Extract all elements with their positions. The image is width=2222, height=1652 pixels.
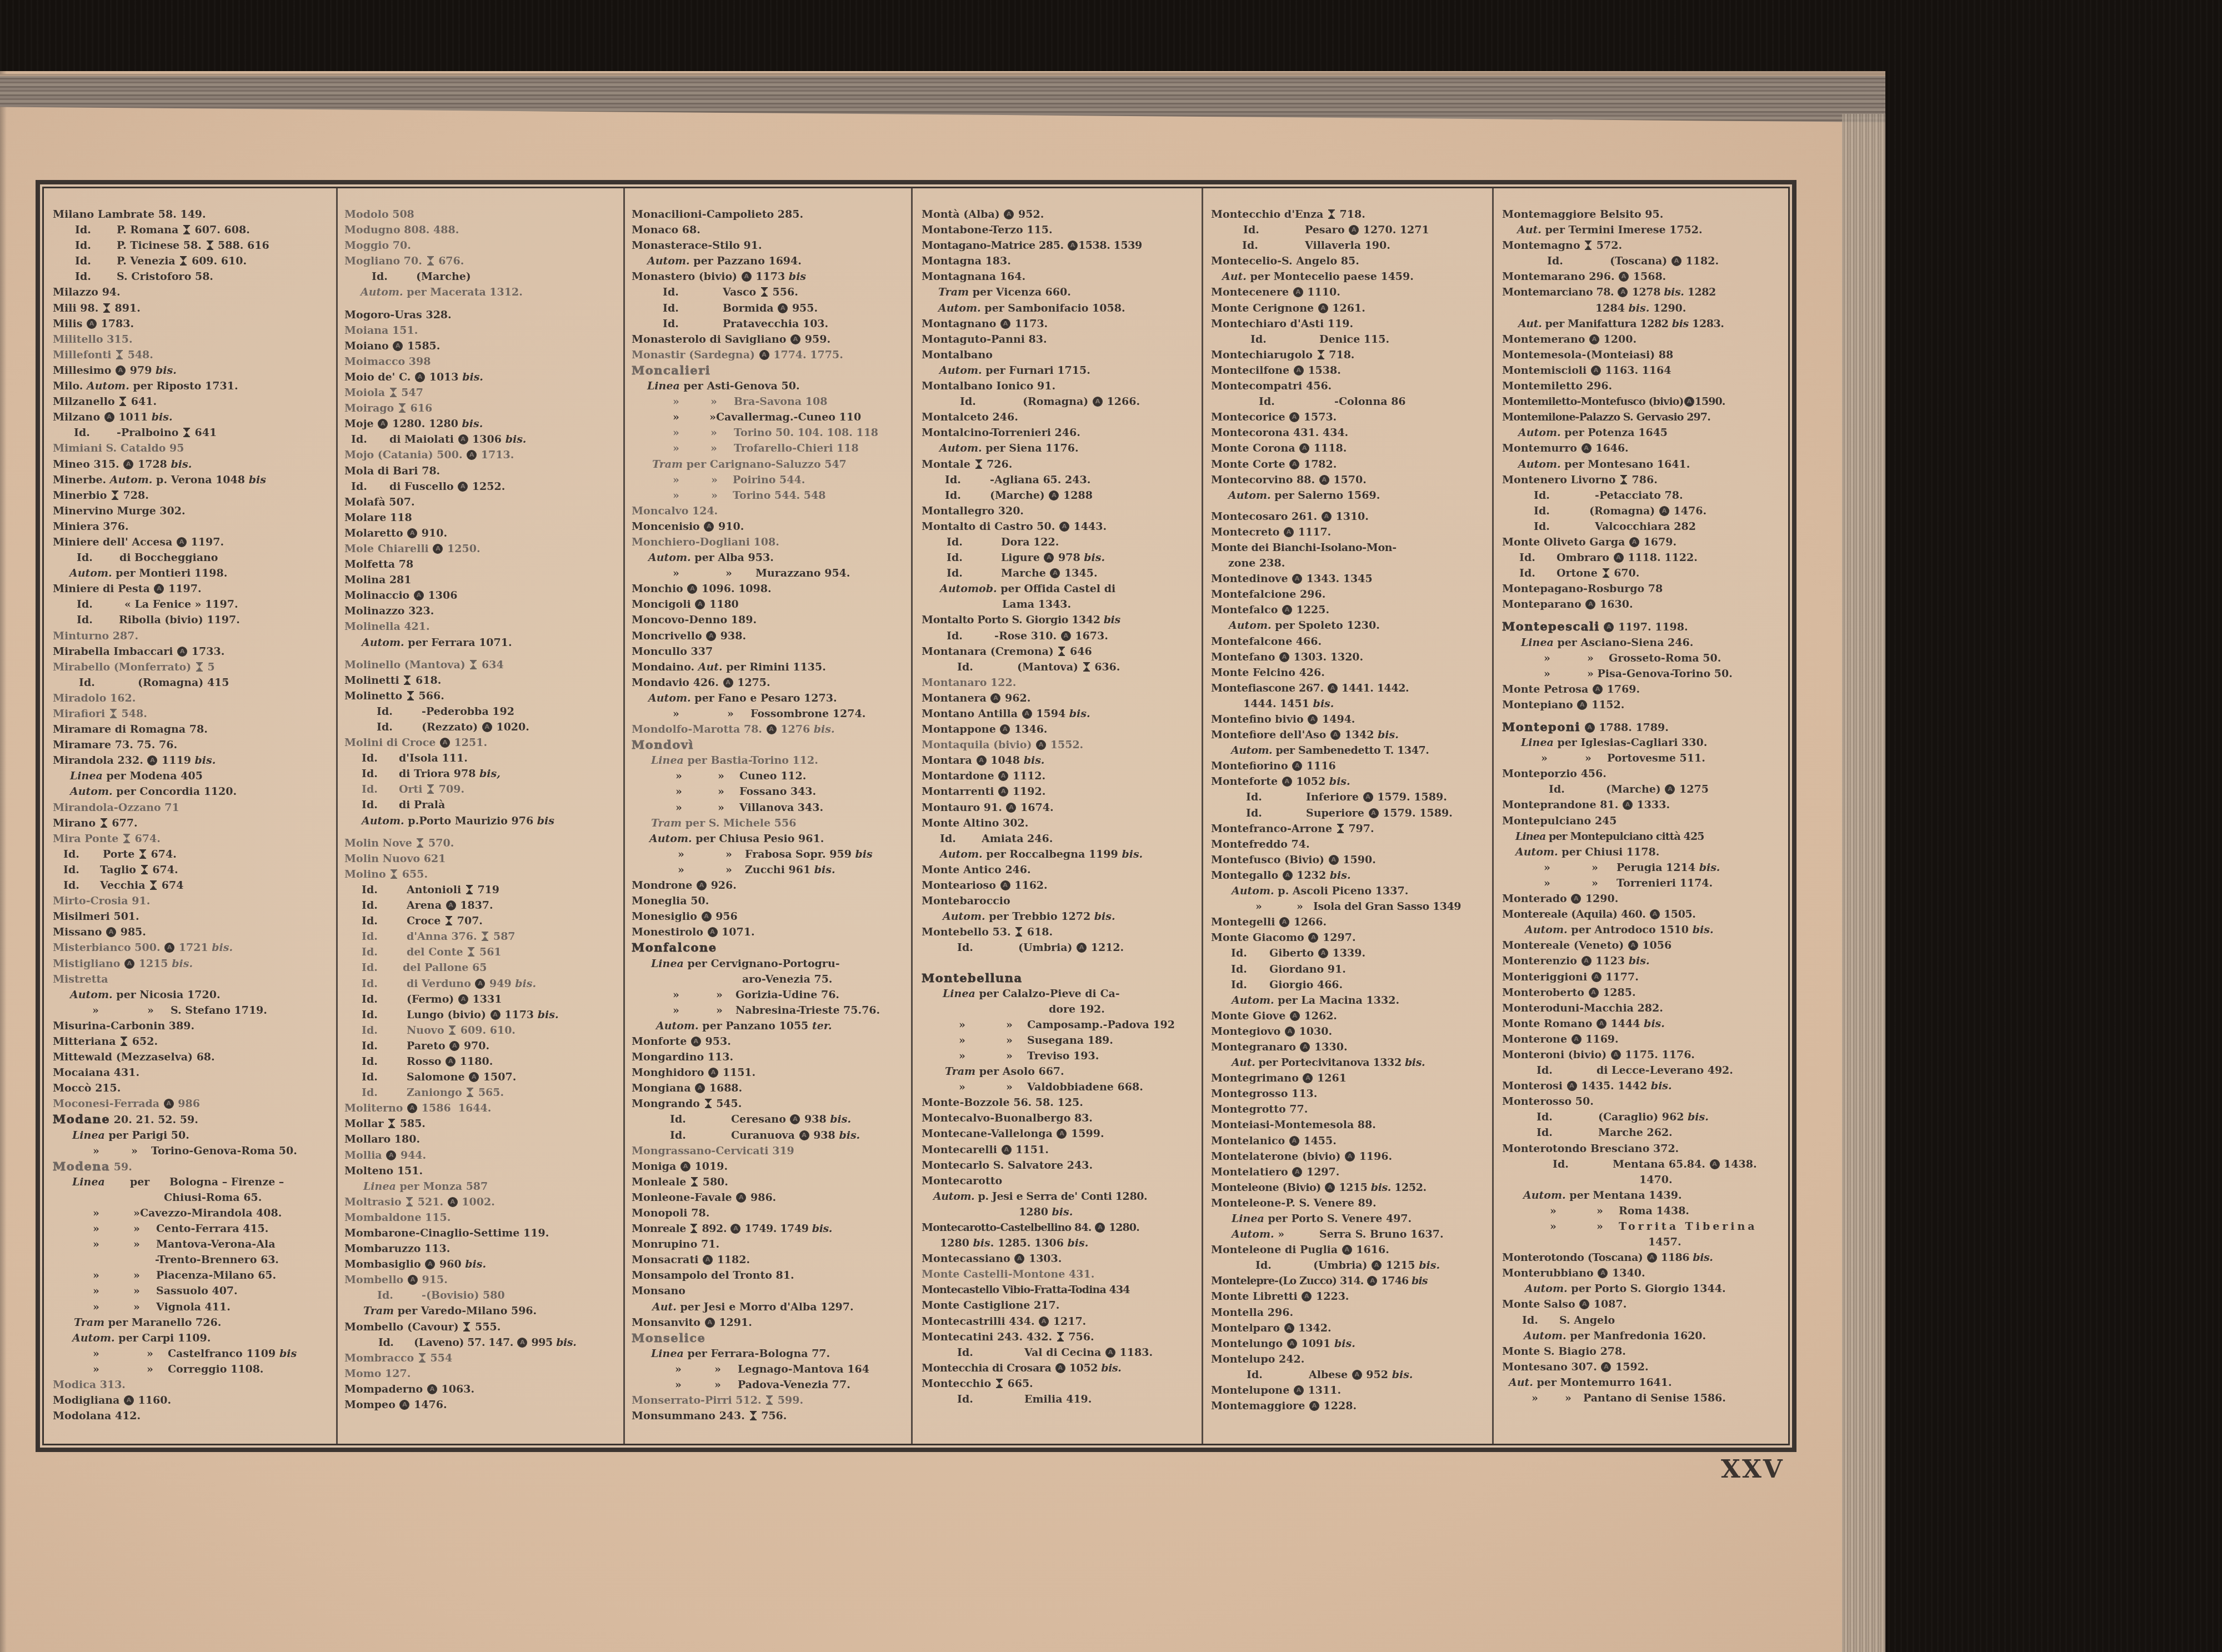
entry-text: Montalbano Ionico 91. [922, 380, 1055, 392]
entry-text: Montecchia di Crosara [922, 1362, 1055, 1374]
entry-text: » [93, 1223, 99, 1235]
entry-italic-text: bis. [1644, 1018, 1665, 1030]
entry-text: 588. 616 [214, 239, 269, 252]
entry-heading-text: Montebelluna [922, 971, 1023, 985]
index-entry: Id.Valcocchiara 282 [1502, 519, 1789, 534]
entry-text: 1266. [1103, 396, 1140, 408]
entry-text: Moncenisio [632, 520, 703, 533]
index-entry: Id.Ligure 978 bis. [922, 550, 1199, 565]
index-entry: Moniga 1019. [632, 1159, 908, 1174]
tramway-icon [1337, 823, 1344, 834]
entry-text: per Roccalbegna 1199 [983, 848, 1122, 860]
index-entry: »»Fossombrone 1274. [632, 706, 908, 722]
entry-text: 944. [397, 1149, 426, 1162]
entry-italic-text: bis. [172, 958, 193, 970]
entry-italic-text: Automob. [940, 583, 997, 595]
entry-text: 797. [1345, 823, 1374, 835]
entry-text: 1340. [1608, 1267, 1645, 1279]
entry-text: (Marche) [416, 271, 471, 283]
bus-service-icon [697, 880, 707, 890]
entry-text: Monterotondo Bresciano 372. [1502, 1143, 1679, 1155]
entry-text: Montecchio [922, 1378, 995, 1390]
entry-text: Montecalvo-Buonalbergo 83. [922, 1112, 1093, 1124]
column-divider [623, 188, 625, 1445]
entry-text: di Verduno [407, 978, 474, 990]
entry-text: » [147, 1004, 154, 1017]
index-entry: Id.di Boccheggiano [53, 550, 333, 565]
entry-text: 1096. 1098. [698, 583, 771, 595]
index-entry: Montecchio 665. [922, 1376, 1199, 1391]
entry-text: 1333. [1633, 799, 1670, 811]
index-entry: »»Villanova 343. [632, 800, 908, 815]
bus-service-icon [1284, 527, 1294, 537]
entry-text: Piacenza-Milano 65. [156, 1269, 276, 1281]
entry-italic-text: Autom. [1525, 1283, 1568, 1295]
entry-text: per Ferrara 1071. [404, 637, 512, 649]
entry-text: Monterubbiano [1502, 1267, 1597, 1279]
index-entry: Id.di Verduno 949 bis. [344, 976, 620, 992]
index-entry: Monte Petrosa 1769. [1502, 682, 1789, 697]
bus-service-icon [458, 994, 468, 1004]
entry-text: per Termini Imerese 1752. [1542, 224, 1703, 236]
entry-text: 962. [1001, 692, 1030, 704]
index-entry: Montepulciano 245 [1502, 813, 1789, 829]
entry-text: 786. [1628, 474, 1658, 486]
entry-text: Monterosso 50. [1502, 1095, 1594, 1108]
index-heading-entry: Modane 20. 21. 52. 59. [53, 1112, 333, 1127]
entry-text: Monsummano 243. [632, 1410, 749, 1422]
bus-service-icon [1308, 714, 1318, 724]
bus-service-icon [1619, 272, 1629, 282]
index-entry: Linea per Cervignano-Portogru- [632, 956, 908, 972]
entry-text: Montano Antilla [922, 708, 1022, 720]
entry-text: P. Venezia [117, 255, 179, 267]
entry-text: Moimacco 398 [344, 356, 431, 368]
index-entry: Linea per Monza 587 [344, 1179, 620, 1194]
entry-text: » [133, 1238, 140, 1250]
index-entry: Monteleone (Bivio) 1215 bis. 1252. [1211, 1180, 1489, 1195]
bus-service-icon [1684, 397, 1694, 407]
entry-text: per Monza 587 [396, 1180, 488, 1193]
entry-italic-text: Autom. [1523, 1189, 1566, 1202]
entry-text: Modolana 412. [53, 1410, 141, 1422]
bus-service-icon [1647, 1253, 1657, 1263]
entry-text: Montepagano-Rosburgo 78 [1502, 583, 1663, 595]
bus-service-icon [1302, 1291, 1312, 1301]
entry-italic-text: Linea [1521, 637, 1554, 649]
entry-text: Milo. [53, 380, 87, 392]
bus-service-icon [1294, 1385, 1304, 1395]
tramway-icon [469, 659, 477, 670]
index-entry: Monterotondo Bresciano 372. [1502, 1141, 1789, 1157]
entry-italic-text: Tram [651, 817, 682, 829]
index-entry: Mongardino 113. [632, 1049, 908, 1065]
index-heading-entry: Modena 59. [53, 1159, 333, 1174]
index-entry: Autom. per Sambonifacio 1058. [922, 301, 1199, 316]
index-entry: Mompaderno 1063. [344, 1381, 620, 1397]
entry-text: 1280 [1019, 1206, 1052, 1218]
bus-service-icon [414, 590, 424, 600]
tramway-icon [390, 869, 398, 879]
bus-service-icon [408, 1275, 418, 1285]
bus-service-icon [425, 1259, 435, 1269]
entry-text: Valdobbiadene 668. [1027, 1081, 1143, 1093]
entry-text: 1837. [457, 899, 493, 912]
entry-text: (Umbria) [1313, 1259, 1371, 1271]
index-entry: Aut. per Manifattura 1282 bis 1283. [1502, 316, 1789, 332]
entry-text: Moncullo 337 [632, 645, 713, 658]
entry-text: 1441. 1442. [1338, 682, 1409, 694]
entry-text: Padova-Venezia 77. [738, 1379, 850, 1391]
entry-text: 1284 [1595, 302, 1629, 314]
bus-service-icon [1059, 522, 1069, 532]
entry-text: 1020. [493, 721, 529, 733]
index-entry: Monsanvito 1291. [632, 1315, 908, 1330]
index-entry: Mirabello (Monferrato) 5 [53, 659, 333, 675]
index-entry: Mondaino. Aut. per Rimini 1135. [632, 659, 908, 675]
entry-text: Mollia [344, 1149, 386, 1162]
entry-italic-text: bis. [152, 411, 173, 423]
entry-text: Millefonti [53, 349, 115, 361]
tramway-icon [466, 884, 473, 895]
bus-service-icon [778, 303, 788, 313]
entry-text: Id. [75, 271, 91, 283]
entry-text: 1019. [691, 1160, 728, 1173]
index-entry: Modolo 508 [344, 207, 620, 222]
entry-text: Mongrando [632, 1098, 704, 1110]
index-entry: Montegrotto 77. [1211, 1102, 1489, 1117]
entry-text: Mimiani S. Cataldo 95 [53, 442, 184, 454]
entry-italic-text: bis. [1329, 775, 1350, 788]
index-entry: Mombarone-Cinaglio-Settime 119. [344, 1225, 620, 1241]
entry-text: 978 [1054, 552, 1084, 564]
entry-text: Miniere di Pesta [53, 583, 153, 595]
entry-text: 1457. [1648, 1236, 1681, 1248]
entry-text: per Fano e Pesaro 1273. [691, 692, 837, 704]
entry-text: Monterotondo (Toscana) [1502, 1251, 1647, 1264]
entry-text: Id. [1519, 567, 1535, 579]
entry-text: Mongrassano-Cervicati 319 [632, 1145, 794, 1157]
entry-text: Montecreto [1211, 526, 1283, 538]
entry-text: Id. [945, 489, 961, 502]
index-entry: Montesano 307. 1592. [1502, 1359, 1789, 1375]
index-entry: Montemarciano 78. 1278 bis. 1282 [1502, 284, 1789, 300]
entry-text: 1774. 1775. [770, 349, 843, 361]
entry-text: Id. [1242, 239, 1258, 252]
entry-text: Monte Cerignone [1211, 302, 1318, 314]
entry-text: Mompeo [344, 1399, 399, 1411]
bus-service-icon [1665, 784, 1675, 794]
entry-text: Montemurro [1502, 442, 1581, 454]
entry-text: Moconesi-Ferrada [53, 1098, 163, 1110]
bus-service-icon [723, 678, 733, 688]
index-entry: Miniere dell' Accesa 1197. [53, 534, 333, 550]
index-entry: Montallegro 320. [922, 503, 1199, 519]
entry-text: Chiusi-Roma 65. [164, 1192, 262, 1204]
entry-heading-text: Modane [53, 1112, 110, 1126]
index-entry: Mollia 944. [344, 1148, 620, 1163]
index-entry: Id.(Toscana) 1182. [1502, 253, 1789, 269]
entry-text: Torino 50. 104. 108. 118 [734, 427, 878, 439]
entry-text: 652. [128, 1035, 158, 1048]
entry-text: Id. [670, 1129, 686, 1142]
index-entry: Montegrosso 113. [1211, 1086, 1489, 1102]
entry-text: 20. 21. 52. 59. [110, 1114, 198, 1126]
bus-service-icon [407, 1103, 417, 1113]
bus-service-icon [1287, 1339, 1297, 1349]
index-entry: Id.P. Venezia 609. 610. [53, 253, 333, 269]
entry-text: Id. [362, 783, 378, 795]
entry-text: 1306 [469, 433, 506, 445]
entry-text: Ombraro [1557, 552, 1613, 564]
index-entry: Autom. per Roccalbegna 1199 bis. [922, 847, 1199, 862]
entry-text: » [1565, 1392, 1572, 1404]
entry-text: Monteroduni-Macchia 282. [1502, 1002, 1663, 1014]
entry-text: » [1550, 1220, 1557, 1233]
entry-text: Molinaccio [344, 589, 413, 602]
bus-service-icon [433, 544, 443, 554]
entry-text: Monte Antico 246. [922, 864, 1031, 876]
index-entry: Monghidoro 1151. [632, 1065, 908, 1080]
index-entry: Monte-Bozzole 56. 58. 125. [922, 1095, 1199, 1110]
index-entry: Montenero Livorno 786. [1502, 472, 1789, 488]
index-entry: Id.del Pallone 65 [344, 960, 620, 975]
entry-text: Id. [1255, 1259, 1272, 1271]
entry-text: per Sambenedetto T. 1347. [1272, 744, 1429, 757]
entry-text: Monleone-Favale [632, 1192, 735, 1204]
entry-text: Id. [1534, 505, 1550, 517]
index-column: Montemaggiore Belsito 95.Aut. per Termin… [1502, 207, 1789, 1446]
entry-italic-text: Linea [647, 380, 680, 392]
entry-text: p. Ascoli Piceno 1337. [1274, 885, 1409, 897]
index-entry: Id.Superiore 1579. 1589. [1211, 805, 1489, 821]
index-entry: Montecchia di Crosara 1052 bis. [922, 1360, 1199, 1376]
entry-text: » [1585, 752, 1592, 764]
index-entry: Mongrassano-Cervicati 319 [632, 1143, 908, 1159]
entry-italic-text: bis. [506, 433, 527, 445]
bus-service-icon [1579, 1299, 1589, 1309]
index-entry: Monleone-Favale 986. [632, 1190, 908, 1205]
bus-service-icon [1039, 1316, 1049, 1326]
entry-italic-text: bis. [1024, 754, 1045, 767]
entry-text: » [678, 864, 684, 876]
entry-italic-text: Tram [938, 286, 969, 298]
entry-text: Torino-Genova-Roma 50. [151, 1145, 297, 1157]
index-entry: Id.Dora 122. [922, 534, 1199, 550]
tramway-icon [445, 915, 453, 926]
entry-text: di Maiolati [389, 433, 458, 445]
entry-text: 1288 [1059, 489, 1093, 502]
entry-text: Monteleone-P. S. Venere 89. [1211, 1197, 1377, 1209]
index-entry: Montemerano 1200. [1502, 332, 1789, 347]
entry-text: per Offida Castel di [997, 583, 1116, 595]
entry-text: 1215 [135, 958, 172, 970]
index-entry: Montà (Alba) 952. [922, 207, 1199, 222]
entry-text: 1783. [97, 318, 134, 330]
entry-italic-text: bis. [515, 978, 536, 990]
bus-service-icon [990, 693, 1000, 703]
index-entry: Autom. per Fano e Pesaro 1273. [632, 690, 908, 706]
entry-text: Id. [1247, 1369, 1263, 1381]
entry-text: 674. [147, 848, 177, 860]
entry-text: 1590. [1695, 396, 1725, 408]
entry-text: 585. [396, 1118, 426, 1130]
index-entry: Autom. per Nicosia 1720. [53, 987, 333, 1003]
bus-service-icon [1300, 1042, 1310, 1052]
bus-service-icon [1308, 933, 1318, 943]
bus-service-icon [1369, 808, 1379, 818]
index-entry: »»Frabosa Sopr. 959 bis [632, 847, 908, 862]
entry-text: 956 [712, 910, 738, 923]
entry-text: 618. [412, 674, 441, 687]
index-entry: Montefano 1303. 1320. [1211, 649, 1489, 665]
entry-text: » [673, 489, 679, 502]
entry-text: 1063. [438, 1383, 474, 1395]
entry-text: Monte Castiglione 217. [922, 1299, 1059, 1311]
index-entry: Montalbano Ionico 91. [922, 378, 1199, 394]
entry-italic-text: Tram [74, 1316, 104, 1329]
entry-text: Milis [53, 318, 86, 330]
index-entry: Monteprandone 81. 1333. [1502, 797, 1789, 813]
index-entry: »»Bra-Savona 108 [632, 394, 908, 409]
index-entry: »»Gorizia-Udine 76. [632, 987, 908, 1003]
tramway-icon [704, 1098, 712, 1109]
index-entry: Id.del Conte 561 [344, 944, 620, 960]
entry-text: Id. [362, 1071, 378, 1083]
index-entry: Montecreto 1117. [1211, 524, 1489, 540]
bus-service-icon [1618, 287, 1628, 297]
entry-text: Momo 127. [344, 1368, 411, 1380]
entry-text: del Conte [407, 946, 467, 958]
bus-service-icon [467, 450, 477, 460]
entry-italic-text: bis. [462, 371, 483, 383]
index-entry: Montelparo 1342. [1211, 1320, 1489, 1336]
entry-text: Monreale [632, 1223, 689, 1235]
index-entry: Autom. per Pazzano 1694. [632, 253, 908, 269]
index-entry: Milzanello 641. [53, 394, 333, 409]
entry-text: Nuovo [407, 1024, 448, 1037]
index-entry: Montemagno 572. [1502, 238, 1789, 253]
entry-text: Miramare 73. 75. 76. [53, 739, 177, 751]
index-entry: Moncullo 337 [632, 644, 908, 659]
tramway-icon [416, 838, 424, 848]
entry-text: 1056 [1639, 939, 1672, 952]
bus-service-icon [399, 1400, 409, 1410]
index-entry: Montalto di Castro 50. 1443. [922, 519, 1199, 534]
entry-italic-text: Autom. [70, 989, 113, 1001]
entry-text: Monserrato-Pirri 512. [632, 1394, 765, 1406]
entry-text: 599. [774, 1394, 803, 1406]
entry-text: Montemarciano 78. [1502, 286, 1617, 298]
entry-italic-text: Autom. [1232, 885, 1274, 897]
index-entry: Montelupone 1311. [1211, 1383, 1489, 1398]
entry-text: Arena [407, 899, 446, 912]
entry-text: Giordano 91. [1269, 963, 1346, 975]
index-entry: Monteroduni-Macchia 282. [1502, 1000, 1789, 1016]
bus-service-icon [1309, 1401, 1319, 1411]
entry-text: Montecosaro 261. [1211, 510, 1321, 523]
entry-text: Montefalco [1211, 604, 1282, 616]
entry-text: Id. [362, 978, 378, 990]
entry-text: Montemiscioli [1502, 364, 1590, 377]
bus-service-icon [106, 927, 116, 937]
entry-text: Fossano 343. [739, 785, 816, 798]
entry-text: 1673. [1072, 630, 1108, 642]
entry-italic-text: Linea [70, 770, 103, 782]
index-entry: Montaquila (bivio) 1552. [922, 737, 1199, 753]
bus-service-icon [1650, 909, 1660, 919]
entry-text: 718. [1325, 349, 1355, 361]
index-entry: Montelepre-(Lo Zucco) 314. 1746 bis [1211, 1273, 1489, 1289]
index-entry: Moje 1280. 1280 bis. [344, 416, 620, 432]
bus-service-icon [759, 350, 769, 360]
entry-text: Molino [344, 868, 389, 880]
entry-text: » [1006, 1034, 1013, 1047]
entry-text: per Carignano-Saluzzo 547 [683, 458, 847, 470]
entry-italic-text: Autom. [362, 815, 404, 827]
bus-service-icon [1591, 366, 1601, 376]
index-entry: Montefalcione 296. [1211, 587, 1489, 602]
index-entry: Molin Nuovo 621 [344, 851, 620, 867]
entry-text: Monte S. Biagio 278. [1502, 1345, 1626, 1358]
bus-service-icon [705, 1318, 715, 1328]
bus-service-icon [1000, 319, 1010, 329]
entry-text: per Carpi 1109. [115, 1332, 211, 1344]
entry-text: » [718, 785, 724, 798]
index-entry: Id.d'Isola 111. [344, 750, 620, 766]
entry-text: 1585. [403, 340, 440, 352]
entry-text: Id. [75, 255, 91, 267]
entry-text: Poirino 544. [733, 474, 805, 486]
entry-text: 670. [1610, 567, 1640, 579]
entry-text: 1339. [1329, 947, 1365, 959]
index-entry: Autom. per Chiusa Pesio 961. [632, 831, 908, 847]
entry-italic-text: Autom. [72, 1332, 115, 1344]
index-entry: Molino 655. [344, 867, 620, 882]
bus-service-icon [1582, 956, 1592, 966]
bus-service-icon [449, 1041, 459, 1051]
entry-text: 59. [110, 1161, 132, 1173]
entry-text: -Agliana 65. 243. [990, 474, 1090, 486]
index-entry: Mirandola-Ozzano 71 [53, 800, 333, 815]
index-entry: Monterosso 50. [1502, 1094, 1789, 1109]
entry-text: Monforte [632, 1035, 690, 1048]
bus-service-icon [1352, 1370, 1362, 1380]
index-entry: Molinetto 566. [344, 688, 620, 704]
bus-service-icon [1567, 1081, 1577, 1091]
index-entry: Montereale (Veneto) 1056 [1502, 938, 1789, 953]
index-entry: Id.Ribolla (bivio) 1197. [53, 612, 333, 628]
tramway-icon [109, 708, 117, 719]
entry-text: Id. [1537, 1127, 1553, 1139]
entry-text: 1494. [1318, 713, 1355, 725]
page-stack-edge-right [1842, 114, 1885, 1652]
entry-italic-text: bis. [814, 864, 835, 876]
entry-text: Moiano [344, 340, 392, 352]
bus-service-icon [1623, 800, 1633, 810]
index-entry: »»Cuneo 112. [632, 768, 908, 784]
entry-italic-text: bis [279, 1348, 297, 1360]
entry-text: Molinazzo 323. [344, 605, 434, 617]
index-entry: Montefranco-Arrone 797. [1211, 821, 1489, 837]
entry-text: 1290. [1582, 893, 1618, 905]
entry-text: per Varedo-Milano 596. [394, 1305, 537, 1317]
entry-italic-text: Autom. [87, 380, 129, 392]
index-entry: Moncovo-Denno 189. [632, 612, 908, 628]
entry-text: Mira Ponte [53, 833, 122, 845]
index-entry: Autom. per Montieri 1198. [53, 565, 333, 581]
entry-text: Marche 262. [1598, 1127, 1673, 1139]
